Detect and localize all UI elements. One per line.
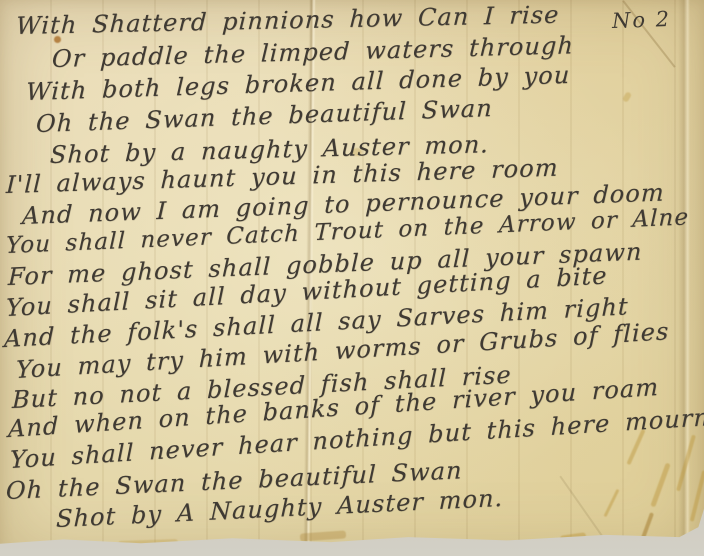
paper-page: No 2 With Shatterd pinnions how Can I ri…	[0, 0, 704, 556]
stain	[640, 512, 654, 542]
stain	[622, 91, 632, 103]
stain	[604, 489, 620, 517]
stain	[690, 470, 704, 521]
stain	[560, 532, 587, 542]
stain	[118, 539, 178, 547]
photo-background: No 2 With Shatterd pinnions how Can I ri…	[0, 0, 704, 556]
page-number: No 2	[612, 7, 672, 33]
stain	[650, 463, 670, 508]
stain	[300, 530, 346, 541]
